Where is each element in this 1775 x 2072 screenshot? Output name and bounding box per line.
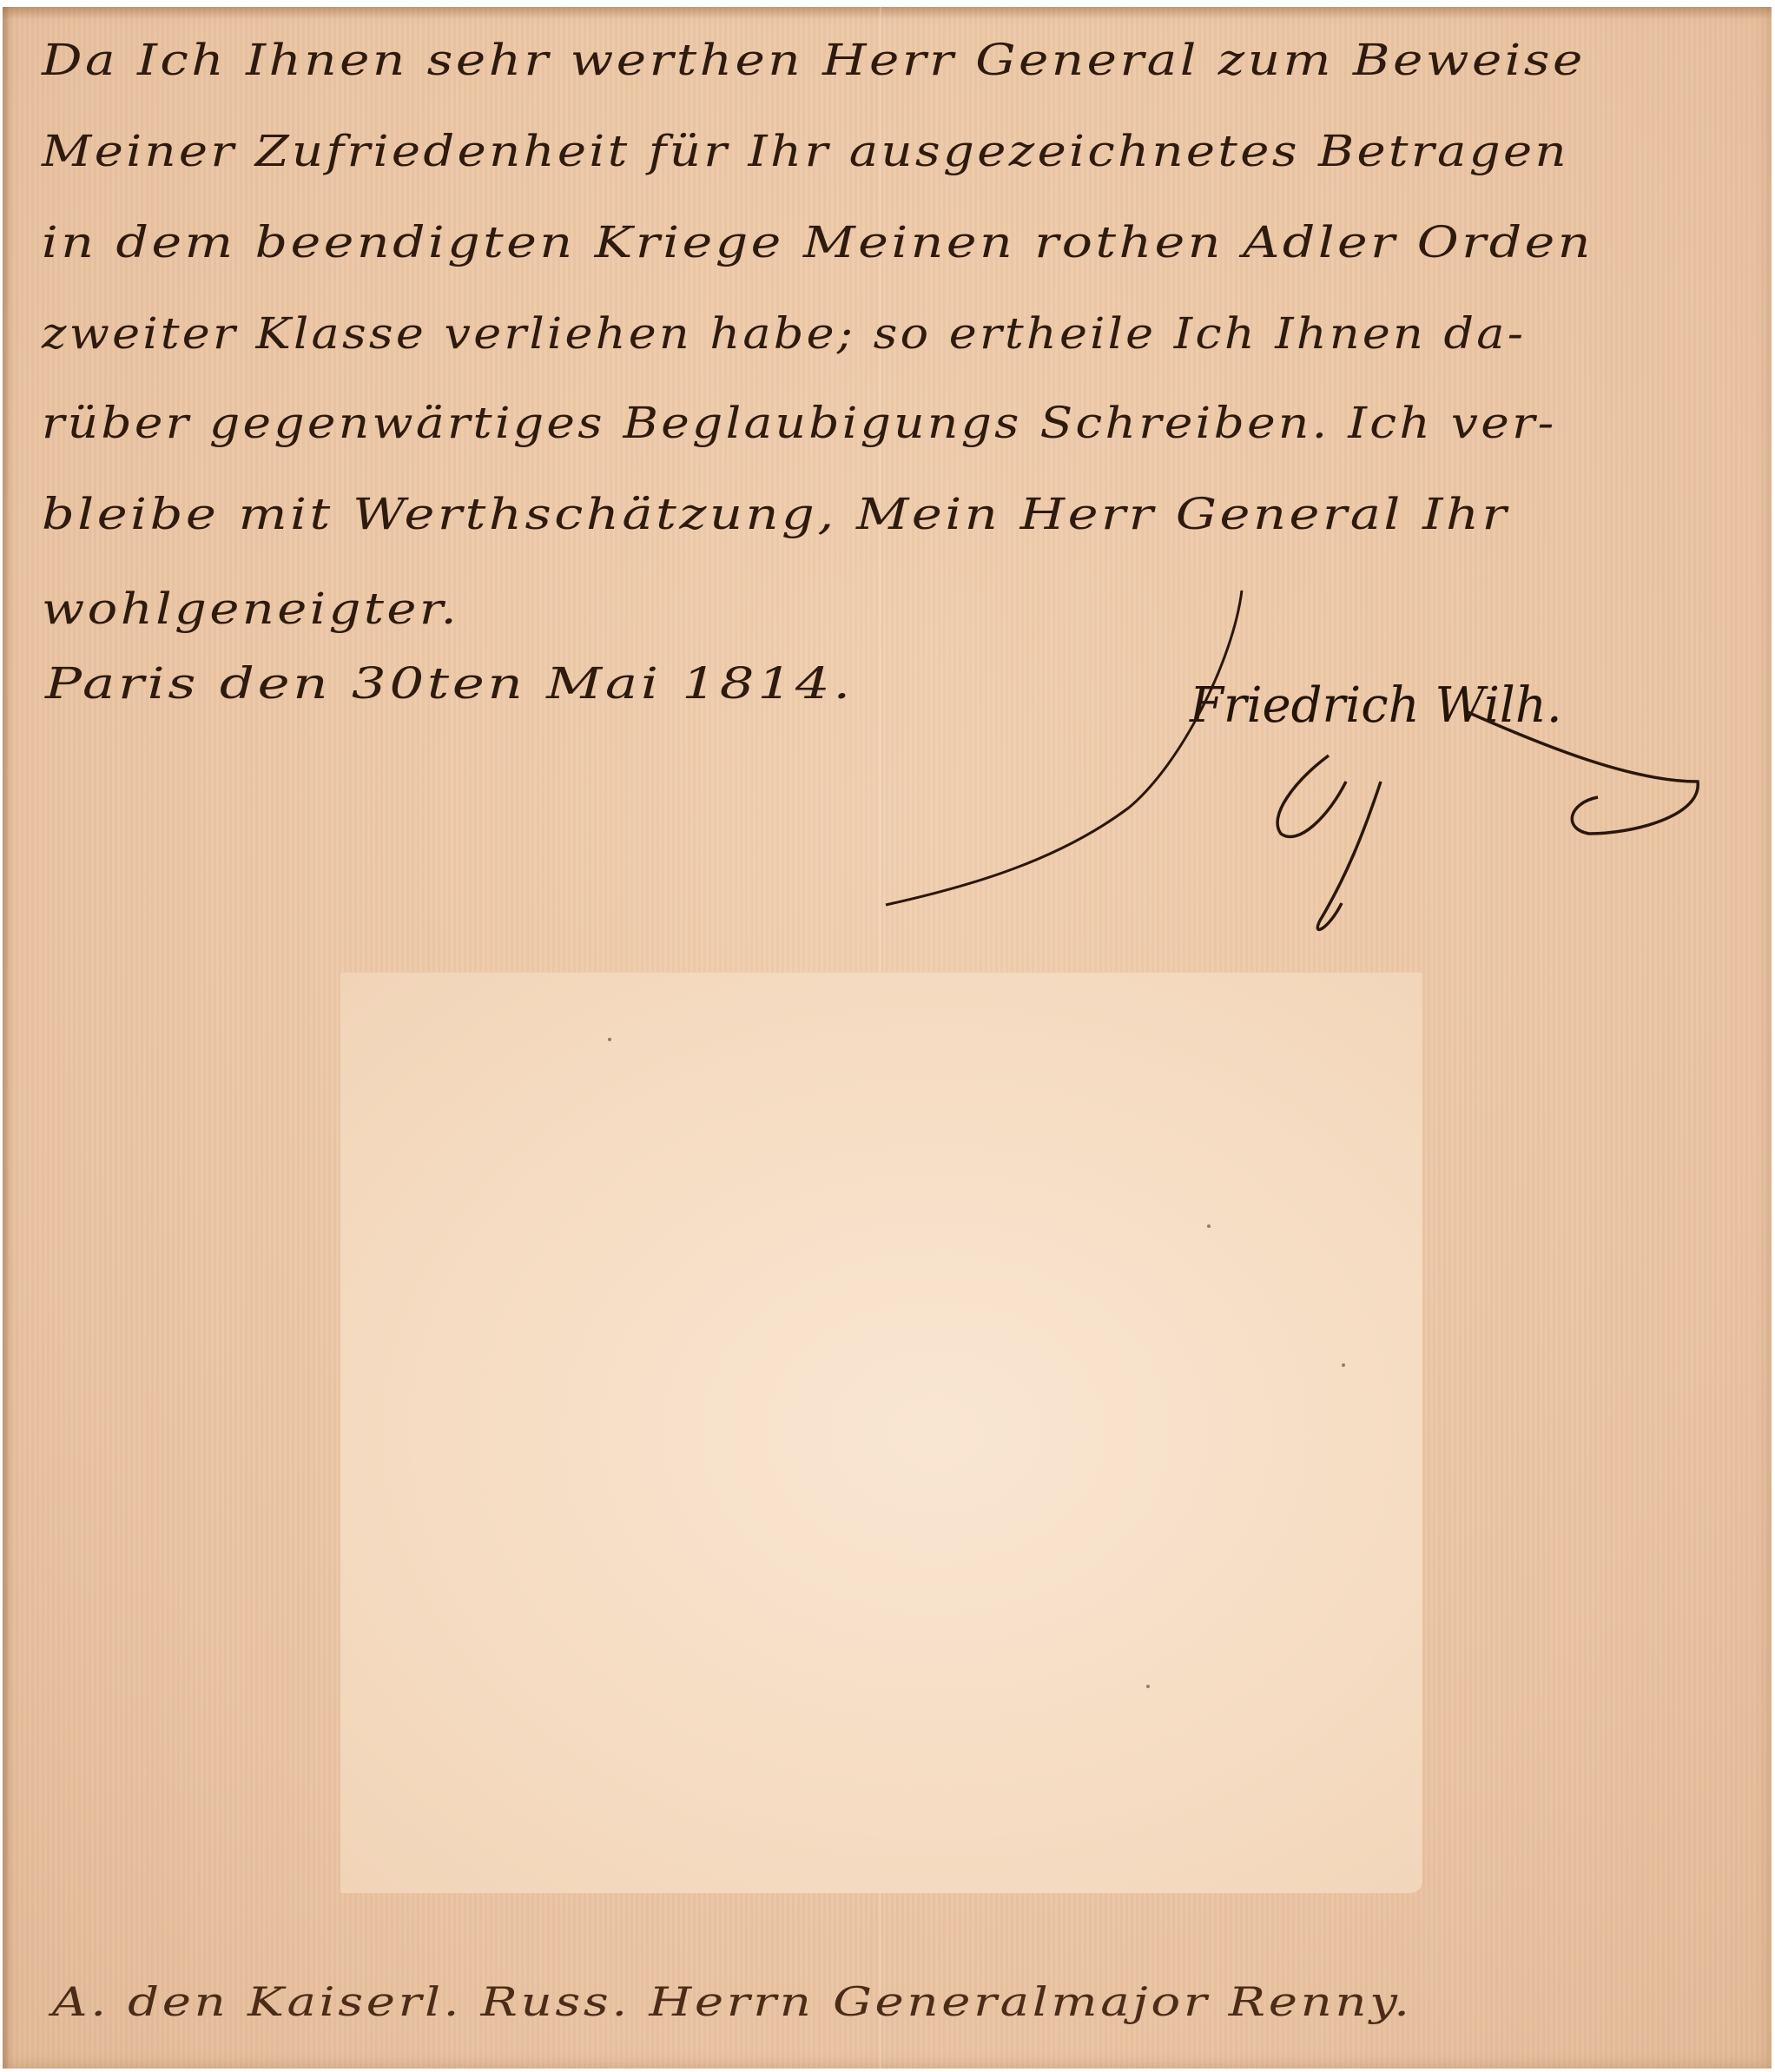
letter-dateline: Paris den 30ten Mai 1814.: [45, 658, 854, 709]
letter-body-line-7: wohlgeneigter.: [42, 584, 459, 634]
letter-body-line-5: rüber gegenwärtiges Beglaubigungs Schrei…: [42, 398, 1557, 448]
letter-body-line-2: Meiner Zufriedenheit für Ihr ausgezeichn…: [42, 126, 1569, 176]
letter-body-line-3: in dem beendigten Kriege Meinen rothen A…: [42, 217, 1594, 267]
letter-body-line-6: bleibe mit Werthschätzung, Mein Herr Gen…: [42, 489, 1509, 539]
paper-edge-shadow-left: [3, 7, 11, 2069]
letter-body-line-1: Da Ich Ihnen sehr werthen Herr General z…: [42, 35, 1586, 85]
paper-speck: [1146, 1685, 1150, 1688]
letter-address-line: A. den Kaiserl. Russ. Herrn Generalmajor…: [52, 1978, 1413, 2025]
paper-speck: [1342, 1363, 1345, 1367]
royal-signature: Friedrich Wilh.: [1190, 677, 1562, 734]
paper-speck: [1207, 1224, 1211, 1228]
paper-speck: [608, 1038, 611, 1041]
letter-body-line-4: zweiter Klasse verliehen habe; so erthei…: [42, 308, 1526, 359]
paper-edge-shadow-top: [3, 7, 1772, 19]
mount-window-blank-area: [340, 973, 1422, 1893]
